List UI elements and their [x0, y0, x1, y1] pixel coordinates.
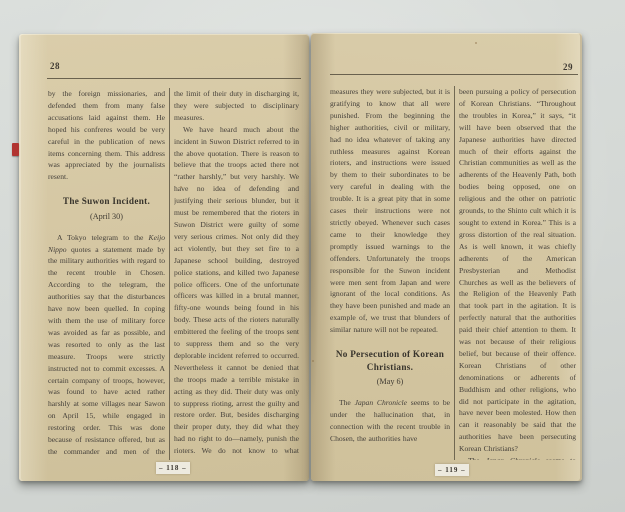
- text-segment: The: [339, 398, 355, 407]
- paragraph: the limit of their duty in discharging i…: [174, 88, 299, 124]
- text-segment: quotes a statement made by the military …: [48, 245, 165, 460]
- right-page: 29 measures they were subjected, but it …: [311, 33, 582, 481]
- section-date: (May 6): [330, 376, 450, 388]
- left-page: 28 by the foreign missionaries, and defe…: [19, 34, 309, 481]
- page-label: – 119 –: [435, 464, 469, 476]
- paragraph: measures they were subjected, but it is …: [330, 86, 450, 336]
- paper-speck: [180, 186, 182, 188]
- publication-name: Japan Chronicle: [355, 398, 407, 407]
- open-book: 28 by the foreign missionaries, and defe…: [14, 30, 587, 488]
- column-divider: [454, 86, 455, 460]
- section-date: (April 30): [48, 211, 165, 223]
- text-segment: by the foreign missionaries, and defende…: [48, 89, 165, 181]
- paragraph: A Tokyo telegram to the Keijo Nippo quot…: [48, 232, 165, 460]
- paper-speck: [312, 360, 314, 362]
- text-segment: been pursuing a policy of persecution of…: [459, 87, 576, 453]
- text-column: measures they were subjected, but it is …: [330, 86, 450, 460]
- page-number: 28: [50, 61, 60, 71]
- paragraph: The Japan Chronicle seems to have formed…: [459, 455, 576, 460]
- text-segment: A Tokyo telegram to the: [57, 233, 149, 242]
- text-segment: the limit of their duty in discharging i…: [174, 89, 299, 122]
- publication-name: Japan Chronicle: [486, 456, 540, 460]
- section-heading: The Suwon Incident.: [50, 195, 163, 208]
- paragraph: by the foreign missionaries, and defende…: [48, 88, 165, 183]
- header-rule: [330, 74, 578, 75]
- paragraph: been pursuing a policy of persecution of…: [459, 86, 576, 455]
- page-number: 29: [563, 62, 573, 72]
- text-column: the limit of their duty in discharging i…: [174, 88, 299, 460]
- text-segment: measures they were subjected, but it is …: [330, 87, 450, 334]
- text-column: by the foreign missionaries, and defende…: [48, 88, 165, 460]
- text-segment: The Suwon Incident.: [63, 196, 150, 206]
- section-heading: No Persecution of Korean Christians.: [332, 348, 448, 373]
- column-divider: [169, 88, 170, 460]
- bookmark-ribbon: [12, 143, 19, 156]
- paragraph: We have heard much about the incident in…: [174, 124, 299, 460]
- text-segment: No Persecution of Korean Christians.: [336, 349, 444, 372]
- text-segment: (May 6): [377, 377, 404, 386]
- header-rule: [47, 78, 301, 79]
- text-segment: We have heard much about the incident in…: [174, 125, 299, 460]
- paper-speck: [475, 42, 477, 44]
- paragraph: The Japan Chronicle seems to be under th…: [330, 397, 450, 445]
- text-column: been pursuing a policy of persecution of…: [459, 86, 576, 460]
- text-segment: The: [468, 456, 486, 460]
- text-segment: (April 30): [90, 212, 123, 221]
- page-label: – 118 –: [156, 462, 190, 474]
